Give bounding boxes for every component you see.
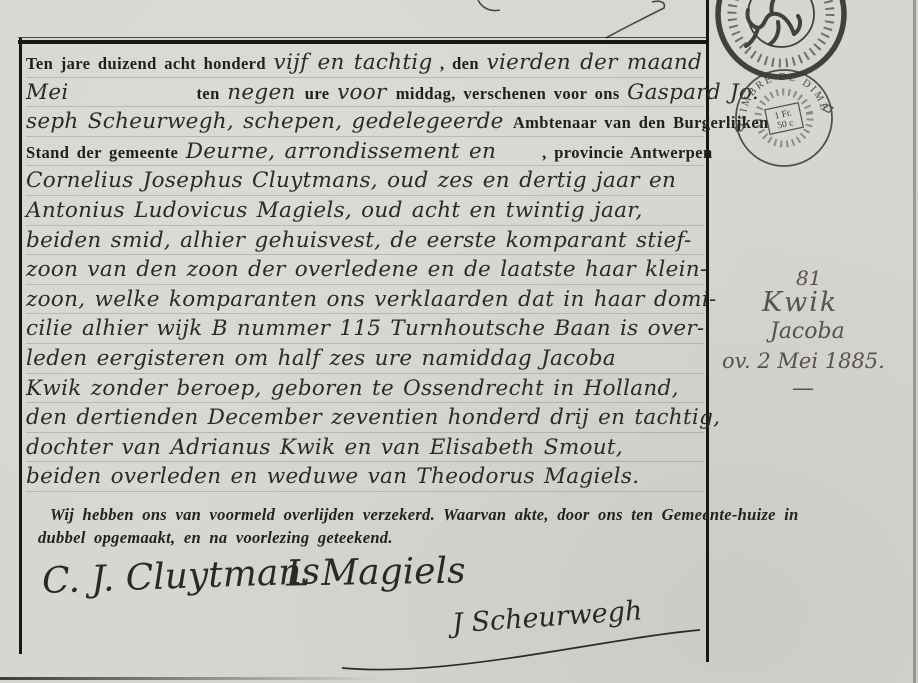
handwritten-text: cilie alhier wijk B nummer 115 Turnhouts… xyxy=(26,316,704,341)
closing-formula: Wij hebben ons van voormeld overlijden v… xyxy=(38,503,698,549)
handwritten-text: vierden der maand xyxy=(487,50,703,75)
printed-form-text: , den xyxy=(433,54,487,73)
handwritten-text: den dertienden December zeventien honder… xyxy=(26,405,720,430)
handwritten-text: vijf en tachtig xyxy=(274,50,433,75)
handwritten-text: zoon van den zoon der overledene en de l… xyxy=(26,257,708,282)
handwritten-text: Cornelius Josephus Cluytmans, oud zes en… xyxy=(26,168,676,193)
act-line-11: leden eergisteren om half zes ure namidd… xyxy=(26,344,704,374)
right-page-edge xyxy=(913,0,916,683)
printed-form-text: Ten jare duizend acht honderd xyxy=(26,54,274,73)
death-record-page: Ten jare duizend acht honderd vijf en ta… xyxy=(0,0,918,683)
handwritten-text: leden eergisteren om half zes ure namidd… xyxy=(26,346,616,371)
top-rule-thick xyxy=(18,40,706,44)
margin-dash: — xyxy=(792,376,814,401)
handwritten-text: negen xyxy=(227,80,305,105)
closing-line-1: Wij hebben ons van voormeld overlijden v… xyxy=(38,503,698,526)
bottom-edge-line xyxy=(0,677,380,680)
act-line-6: Antonius Ludovicus Magiels, oud acht en … xyxy=(26,196,704,226)
page-top-ink-flourish xyxy=(420,0,710,42)
act-line-5: Cornelius Josephus Cluytmans, oud zes en… xyxy=(26,166,704,196)
act-line-10: cilie alhier wijk B nummer 115 Turnhouts… xyxy=(26,314,704,344)
printed-form-text: , provincie Antwerpen xyxy=(542,143,712,162)
handwritten-text: beiden smid, alhier gehuisvest, de eerst… xyxy=(26,228,692,253)
handwritten-text: seph Scheurwegh, schepen, gedelegeerde xyxy=(26,109,513,134)
signature-cluytmans: C. J. Cluytmans xyxy=(41,551,320,602)
margin-given-name: Jacoba xyxy=(770,319,845,344)
printed-form-text: middag, verschenen voor ons xyxy=(396,84,627,103)
act-body-lines: Ten jare duizend acht honderd vijf en ta… xyxy=(26,48,704,492)
handwritten-text: Mei xyxy=(26,80,69,105)
handwritten-text: Deurne, arrondissement en xyxy=(186,139,496,164)
act-line-9: zoon, welke komparanten ons verklaarden … xyxy=(26,285,704,315)
handwritten-text: voor xyxy=(337,80,396,105)
printed-form-text: Stand der gemeente xyxy=(26,143,186,162)
handwritten-text: Antonius Ludovicus Magiels, oud acht en … xyxy=(26,198,643,223)
act-line-12: Kwik zonder beroep, geboren te Ossendrec… xyxy=(26,374,704,404)
signature-underline-flourish xyxy=(338,628,710,676)
printed-form-text: ten xyxy=(197,84,228,103)
handwritten-text: Kwik zonder beroep, geboren te Ossendrec… xyxy=(26,376,679,401)
handwritten-text: beiden overleden en weduwe van Theodorus… xyxy=(26,464,639,489)
left-border-rule xyxy=(19,38,22,654)
closing-line-2: dubbel opgemaakt, en na voorlezing getee… xyxy=(38,526,698,549)
handwritten-text: zoon, welke komparanten ons verklaarden … xyxy=(26,287,717,312)
act-line-7: beiden smid, alhier gehuisvest, de eerst… xyxy=(26,226,704,256)
margin-death-date: ov. 2 Mei 1885. xyxy=(722,349,885,373)
margin-surname: Kwik xyxy=(762,287,838,318)
act-line-3: seph Scheurwegh, schepen, gedelegeerde A… xyxy=(26,107,704,137)
handwritten-text: dochter van Adrianus Kwik en van Elisabe… xyxy=(26,435,623,460)
act-line-4: Stand der gemeente Deurne, arrondissemen… xyxy=(26,137,704,167)
act-line-15: beiden overleden en weduwe van Theodorus… xyxy=(26,462,704,492)
act-line-14: dochter van Adrianus Kwik en van Elisabe… xyxy=(26,433,704,463)
act-line-2: Meiten negen ure voor middag, verschenen… xyxy=(26,78,704,108)
top-rule-thin xyxy=(18,37,706,38)
act-line-8: zoon van den zoon der overledene en de l… xyxy=(26,255,704,285)
printed-form-text: ure xyxy=(305,84,337,103)
act-line-13: den dertienden December zeventien honder… xyxy=(26,403,704,433)
signature-magiels: L Magiels xyxy=(286,550,466,594)
act-line-1: Ten jare duizend acht honderd vijf en ta… xyxy=(26,48,704,78)
rampant-lion-icon xyxy=(746,0,800,46)
